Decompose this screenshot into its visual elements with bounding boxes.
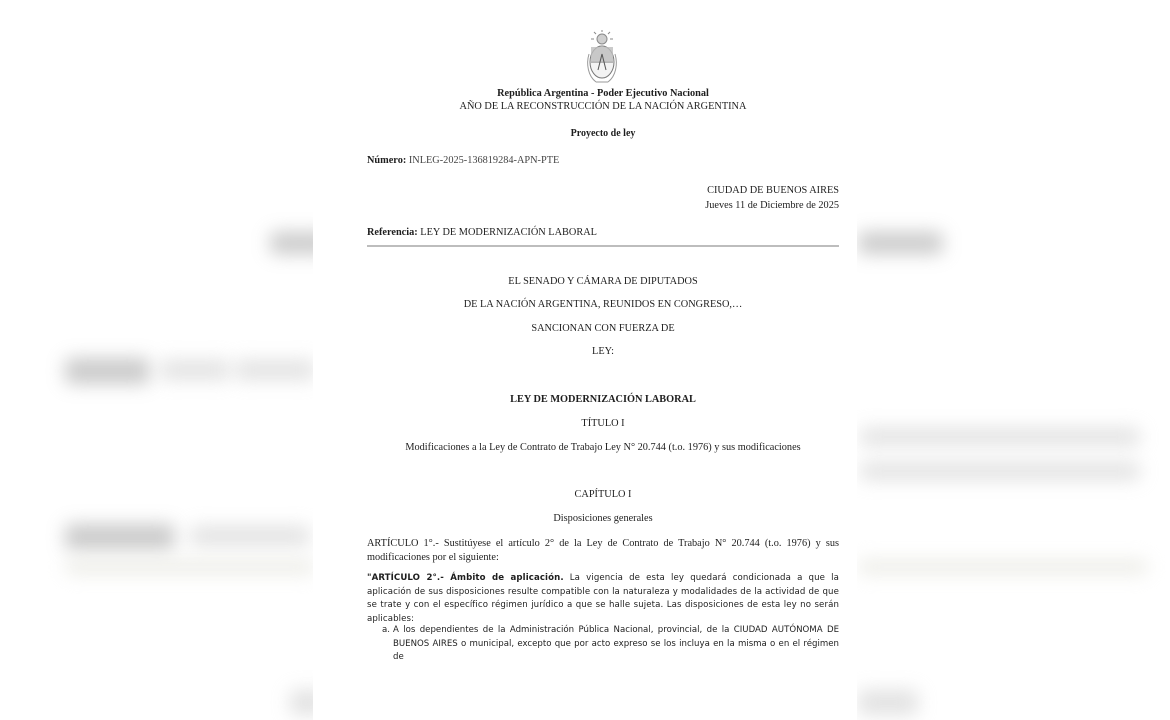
- article-1: ARTÍCULO 1°.- Sustitúyese el artículo 2°…: [367, 537, 839, 564]
- chapter-subtitle: Disposiciones generales: [367, 513, 839, 525]
- preamble-line-4: LEY:: [367, 346, 839, 358]
- bg-blur-block: [858, 232, 943, 254]
- title-heading: TÍTULO I: [367, 418, 839, 430]
- document-type: Proyecto de ley: [367, 128, 839, 140]
- date: Jueves 11 de Diciembre de 2025: [705, 200, 839, 212]
- city: CIUDAD DE BUENOS AIRES: [707, 185, 839, 197]
- title-subtitle: Modificaciones a la Ley de Contrato de T…: [367, 442, 839, 454]
- article-2: "ARTÍCULO 2°.- Ámbito de aplicación. La …: [367, 572, 839, 626]
- reference-label: Referencia:: [367, 227, 418, 238]
- header-year-motto: AÑO DE LA RECONSTRUCCIÓN DE LA NACIÓN AR…: [367, 101, 839, 113]
- preamble-line-2: DE LA NACIÓN ARGENTINA, REUNIDOS EN CONG…: [367, 299, 839, 311]
- bg-blur-block: [160, 360, 230, 380]
- argentina-coat-of-arms-icon: [584, 30, 620, 86]
- bg-blur-block: [65, 358, 150, 384]
- bg-blur-block: [860, 462, 1140, 480]
- document-page: República Argentina - Poder Ejecutivo Na…: [313, 0, 857, 720]
- article-2-heading: "ARTÍCULO 2°.- Ámbito de aplicación.: [367, 573, 564, 583]
- divider: [367, 245, 839, 247]
- reference-value: LEY DE MODERNIZACIÓN LABORAL: [420, 227, 597, 238]
- preamble-line-1: EL SENADO Y CÁMARA DE DIPUTADOS: [367, 276, 839, 288]
- reference: Referencia: LEY DE MODERNIZACIÓN LABORAL: [367, 227, 597, 239]
- bg-blur-block: [190, 526, 310, 546]
- bg-blur-block: [860, 428, 1140, 446]
- bg-blur-line: [858, 560, 1148, 574]
- bg-blur-block: [65, 524, 175, 550]
- preamble-line-3: SANCIONAN CON FUERZA DE: [367, 323, 839, 335]
- list-marker: a.: [382, 624, 390, 638]
- list-text: A los dependientes de la Administración …: [382, 624, 839, 665]
- document-number: Número: INLEG-2025-136819284-APN-PTE: [367, 155, 559, 167]
- bg-blur-block: [858, 690, 918, 715]
- list-item: a. A los dependientes de la Administraci…: [382, 624, 839, 665]
- bg-blur-block: [235, 360, 315, 380]
- header-republic: República Argentina - Poder Ejecutivo Na…: [367, 88, 839, 100]
- number-value: INLEG-2025-136819284-APN-PTE: [409, 155, 559, 166]
- number-label: Número:: [367, 155, 406, 166]
- bg-blur-line: [65, 560, 315, 574]
- law-title: LEY DE MODERNIZACIÓN LABORAL: [367, 394, 839, 406]
- chapter-heading: CAPÍTULO I: [367, 489, 839, 501]
